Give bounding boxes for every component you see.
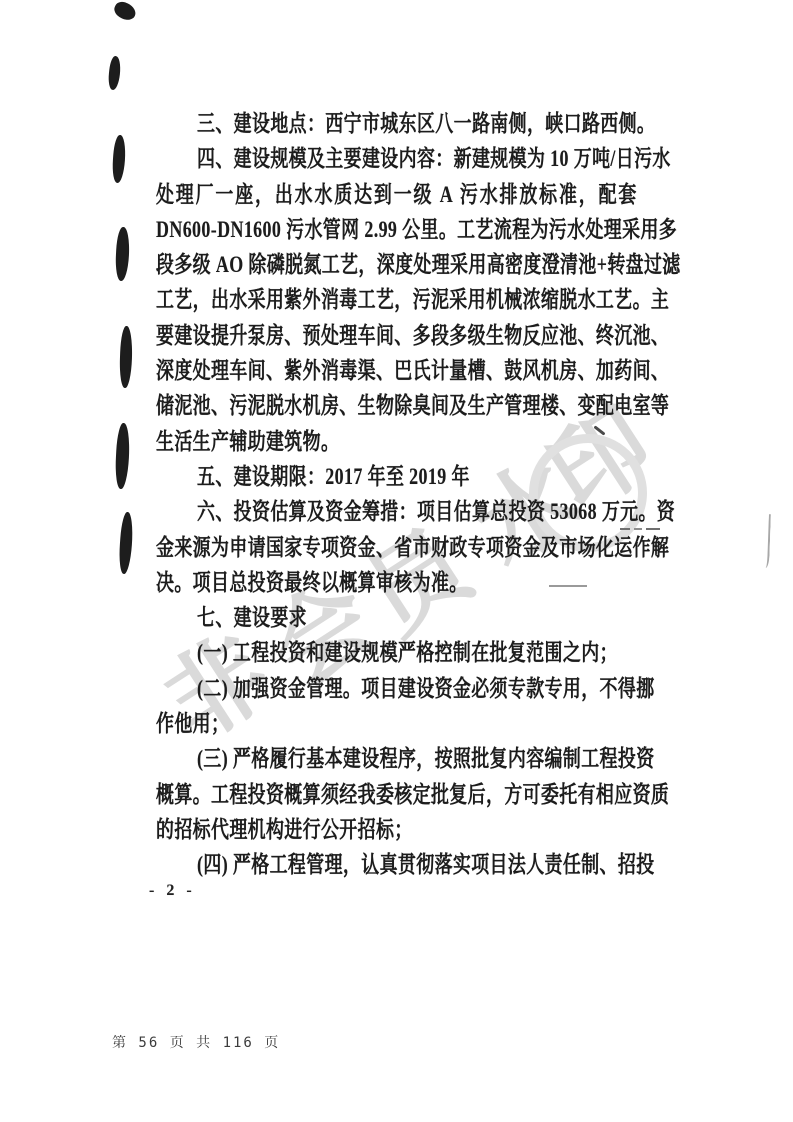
footer-page-info: 第 56 页 共 116 页 xyxy=(112,1032,280,1052)
document-line: 深度处理车间、紫外消毒渠、巴氏计量槽、鼓风机房、加药间、 xyxy=(156,353,696,388)
document-line: 作他用； xyxy=(156,706,696,741)
edge-ink-mark xyxy=(107,56,121,91)
document-line: 四、建设规模及主要建设内容：新建规模为 10 万吨/日污水 xyxy=(156,141,696,176)
document-line: 处理厂一座，出水水质达到一级 A 污水排放标准，配套 xyxy=(156,177,696,212)
document-line: 三、建设地点：西宁市城东区八一路南侧，峡口路西侧。 xyxy=(156,106,696,141)
document-line: 六、投资估算及资金筹措：项目估算总投资 53068 万元。资 xyxy=(156,494,696,529)
document-line: 段多级 AO 除磷脱氮工艺，深度处理采用高密度澄清池+转盘过滤 xyxy=(156,247,696,282)
document-line: 储泥池、污泥脱水机房、生物除臭间及生产管理楼、变配电室等 xyxy=(156,388,696,423)
document-line: 生活生产辅助建筑物。 xyxy=(156,424,696,459)
edge-ink-mark xyxy=(112,0,139,23)
document-line: 要建设提升泵房、预处理车间、多段多级生物反应池、终沉池、 xyxy=(156,318,696,353)
edge-ink-mark xyxy=(115,227,131,282)
document-line: 的招标代理机构进行公开招标； xyxy=(156,812,696,847)
document-line: (二) 加强资金管理。项目建设资金必须专款专用，不得挪 xyxy=(156,671,696,706)
document-line: 金来源为申请国家专项资金、省市财政专项资金及市场化运作解 xyxy=(156,530,696,565)
document-line: (四) 严格工程管理，认真贯彻落实项目法人责任制、招投 xyxy=(156,847,696,882)
page-number: - 2 - xyxy=(149,882,196,900)
document-line: (三) 严格履行基本建设程序，按照批复内容编制工程投资 xyxy=(156,741,696,776)
scanned-document-page: 非会员水印 三、建设地点：西宁市城东区八一路南侧，峡口路西侧。四、建设规模及主要… xyxy=(0,0,793,1122)
wavy-line-artifact xyxy=(762,514,771,568)
document-line: 决。项目总投资最终以概算审核为准。 xyxy=(156,565,696,600)
document-line: 七、建设要求 xyxy=(156,600,696,635)
edge-ink-mark xyxy=(119,326,133,388)
document-text: 三、建设地点：西宁市城东区八一路南侧，峡口路西侧。四、建设规模及主要建设内容：新… xyxy=(156,106,696,883)
document-line: 五、建设期限：2017 年至 2019 年 xyxy=(156,459,696,494)
edge-ink-mark xyxy=(114,423,130,490)
document-line: DN600-DN1600 污水管网 2.99 公里。工艺流程为污水处理采用多 xyxy=(156,212,696,247)
edge-ink-mark xyxy=(111,135,126,184)
document-line: 概算。工程投资概算须经我委核定批复后，方可委托有相应资质 xyxy=(156,777,696,812)
edge-ink-mark xyxy=(118,512,134,575)
document-line: (一) 工程投资和建设规模严格控制在批复范围之内； xyxy=(156,635,696,670)
document-line: 工艺，出水采用紫外消毒工艺，污泥采用机械浓缩脱水工艺。主 xyxy=(156,282,696,317)
